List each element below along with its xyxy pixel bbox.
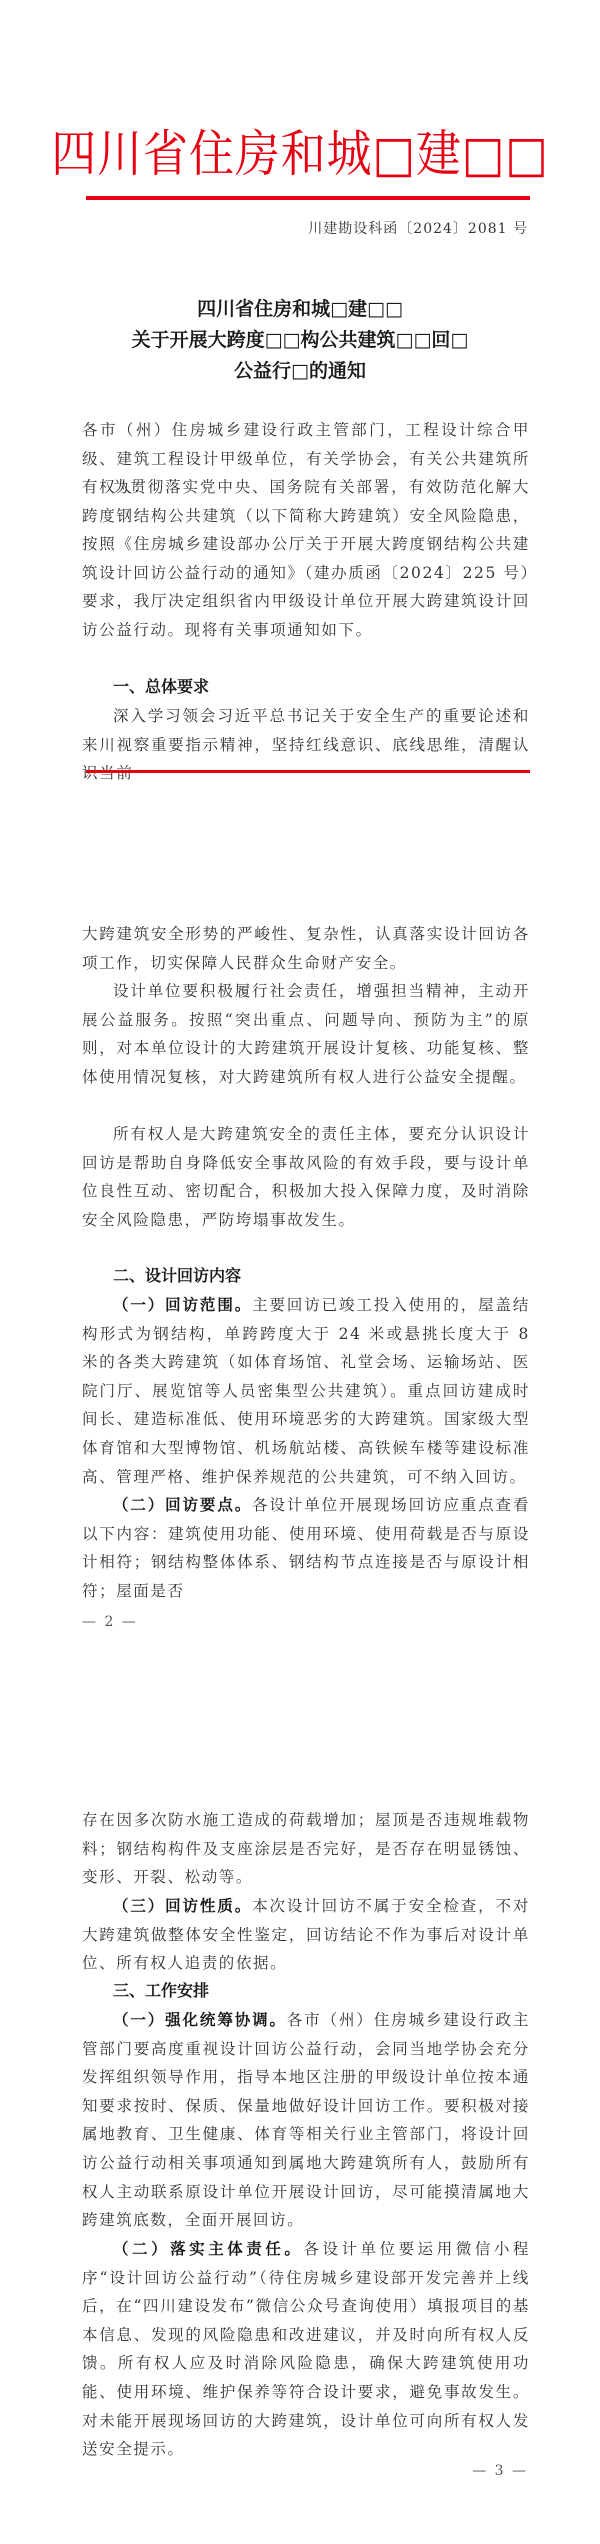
item-visit-scope-label: （一）回访范围。 xyxy=(113,1295,252,1314)
item-responsibility: （二）落实主体责任。各设计单位要运用微信小程序“设计回访公益行动”（待住房城乡建… xyxy=(82,2235,530,2464)
section1-paragraph-2: 设计单位要积极履行社会责任，增强担当精神，主动开展公益服务。按照“突出重点、问题… xyxy=(82,977,530,1091)
item-responsibility-text: 各设计单位要运用微信小程序“设计回访公益行动”（待住房城乡建设部开发完善并上线后… xyxy=(82,2240,530,2458)
section-heading-3: 三、工作安排 xyxy=(113,1977,209,2006)
document-number: 川建勘设科函〔2024〕2081 号 xyxy=(308,218,528,238)
intro-paragraph: 为贯彻落实党中央、国务院有关部署，有效防范化解大跨度钢结构公共建筑（以下简称大跨… xyxy=(82,473,530,645)
section-heading-2: 二、设计回访内容 xyxy=(113,1262,241,1291)
section-heading-1: 一、总体要求 xyxy=(113,673,209,702)
item-visit-scope-text: 主要回访已竣工投入使用的，屋盖结构形式为钢结构，单跨跨度大于 24 米或悬挑长度… xyxy=(82,1296,530,1486)
item-visit-points-label: （二）回访要点。 xyxy=(113,1495,252,1514)
item-visit-nature: （三）回访性质。本次设计回访不属于安全检查，不对大跨建筑做整体安全性鉴定，回访结… xyxy=(82,1892,530,1978)
item-visit-points: （二）回访要点。各设计单位开展现场回访应重点查看以下内容：建筑使用功能、使用环境… xyxy=(82,1491,530,1605)
page-number-2: — 2 — xyxy=(82,1614,138,1630)
item-coordination: （一）强化统筹协调。各市（州）住房城乡建设行政主管部门要高度重视设计回访公益行动… xyxy=(82,2006,530,2235)
masthead-title: 四川省住房和城□建□□ xyxy=(30,122,570,186)
document-title-line-3: 公益行□的通知 xyxy=(0,356,600,386)
item-visit-points-text-end: 存在因多次防水施工造成的荷载增加；屋顶是否违规堆载物料；钢结构构件及支座涂层是否… xyxy=(82,1806,530,1892)
section1-paragraph-3: 所有权人是大跨建筑安全的责任主体，要充分认识设计回访是帮助自身降低安全事故风险的… xyxy=(82,1120,530,1234)
item-visit-scope: （一）回访范围。主要回访已竣工投入使用的，屋盖结构形式为钢结构，单跨跨度大于 2… xyxy=(82,1291,530,1491)
document-title-line-1: 四川省住房和城□建□□ xyxy=(0,294,600,324)
masthead-red-rule xyxy=(86,196,530,200)
section1-paragraph-1-end: 大跨建筑安全形势的严峻性、复杂性，认真落实设计回访各项工作，切实保障人民群众生命… xyxy=(82,920,530,977)
item-visit-nature-label: （三）回访性质。 xyxy=(113,1896,252,1915)
page-number-3: — 3 — xyxy=(472,2463,528,2479)
page-footer-red-rule xyxy=(86,770,530,773)
document-title-line-2: 关于开展大跨度□□构公共建筑□□回□ xyxy=(0,325,600,355)
section1-paragraph-1-start: 深入学习领会习近平总书记关于安全生产的重要论述和来川视察重要指示精神，坚持红线意… xyxy=(82,702,530,788)
item-coordination-label: （一）强化统筹协调。 xyxy=(113,2010,287,2029)
item-responsibility-label: （二）落实主体责任。 xyxy=(113,2239,303,2258)
item-coordination-text: 各市（州）住房城乡建设行政主管部门要高度重视设计回访公益行动，会同当地学协会充分… xyxy=(82,2011,530,2229)
